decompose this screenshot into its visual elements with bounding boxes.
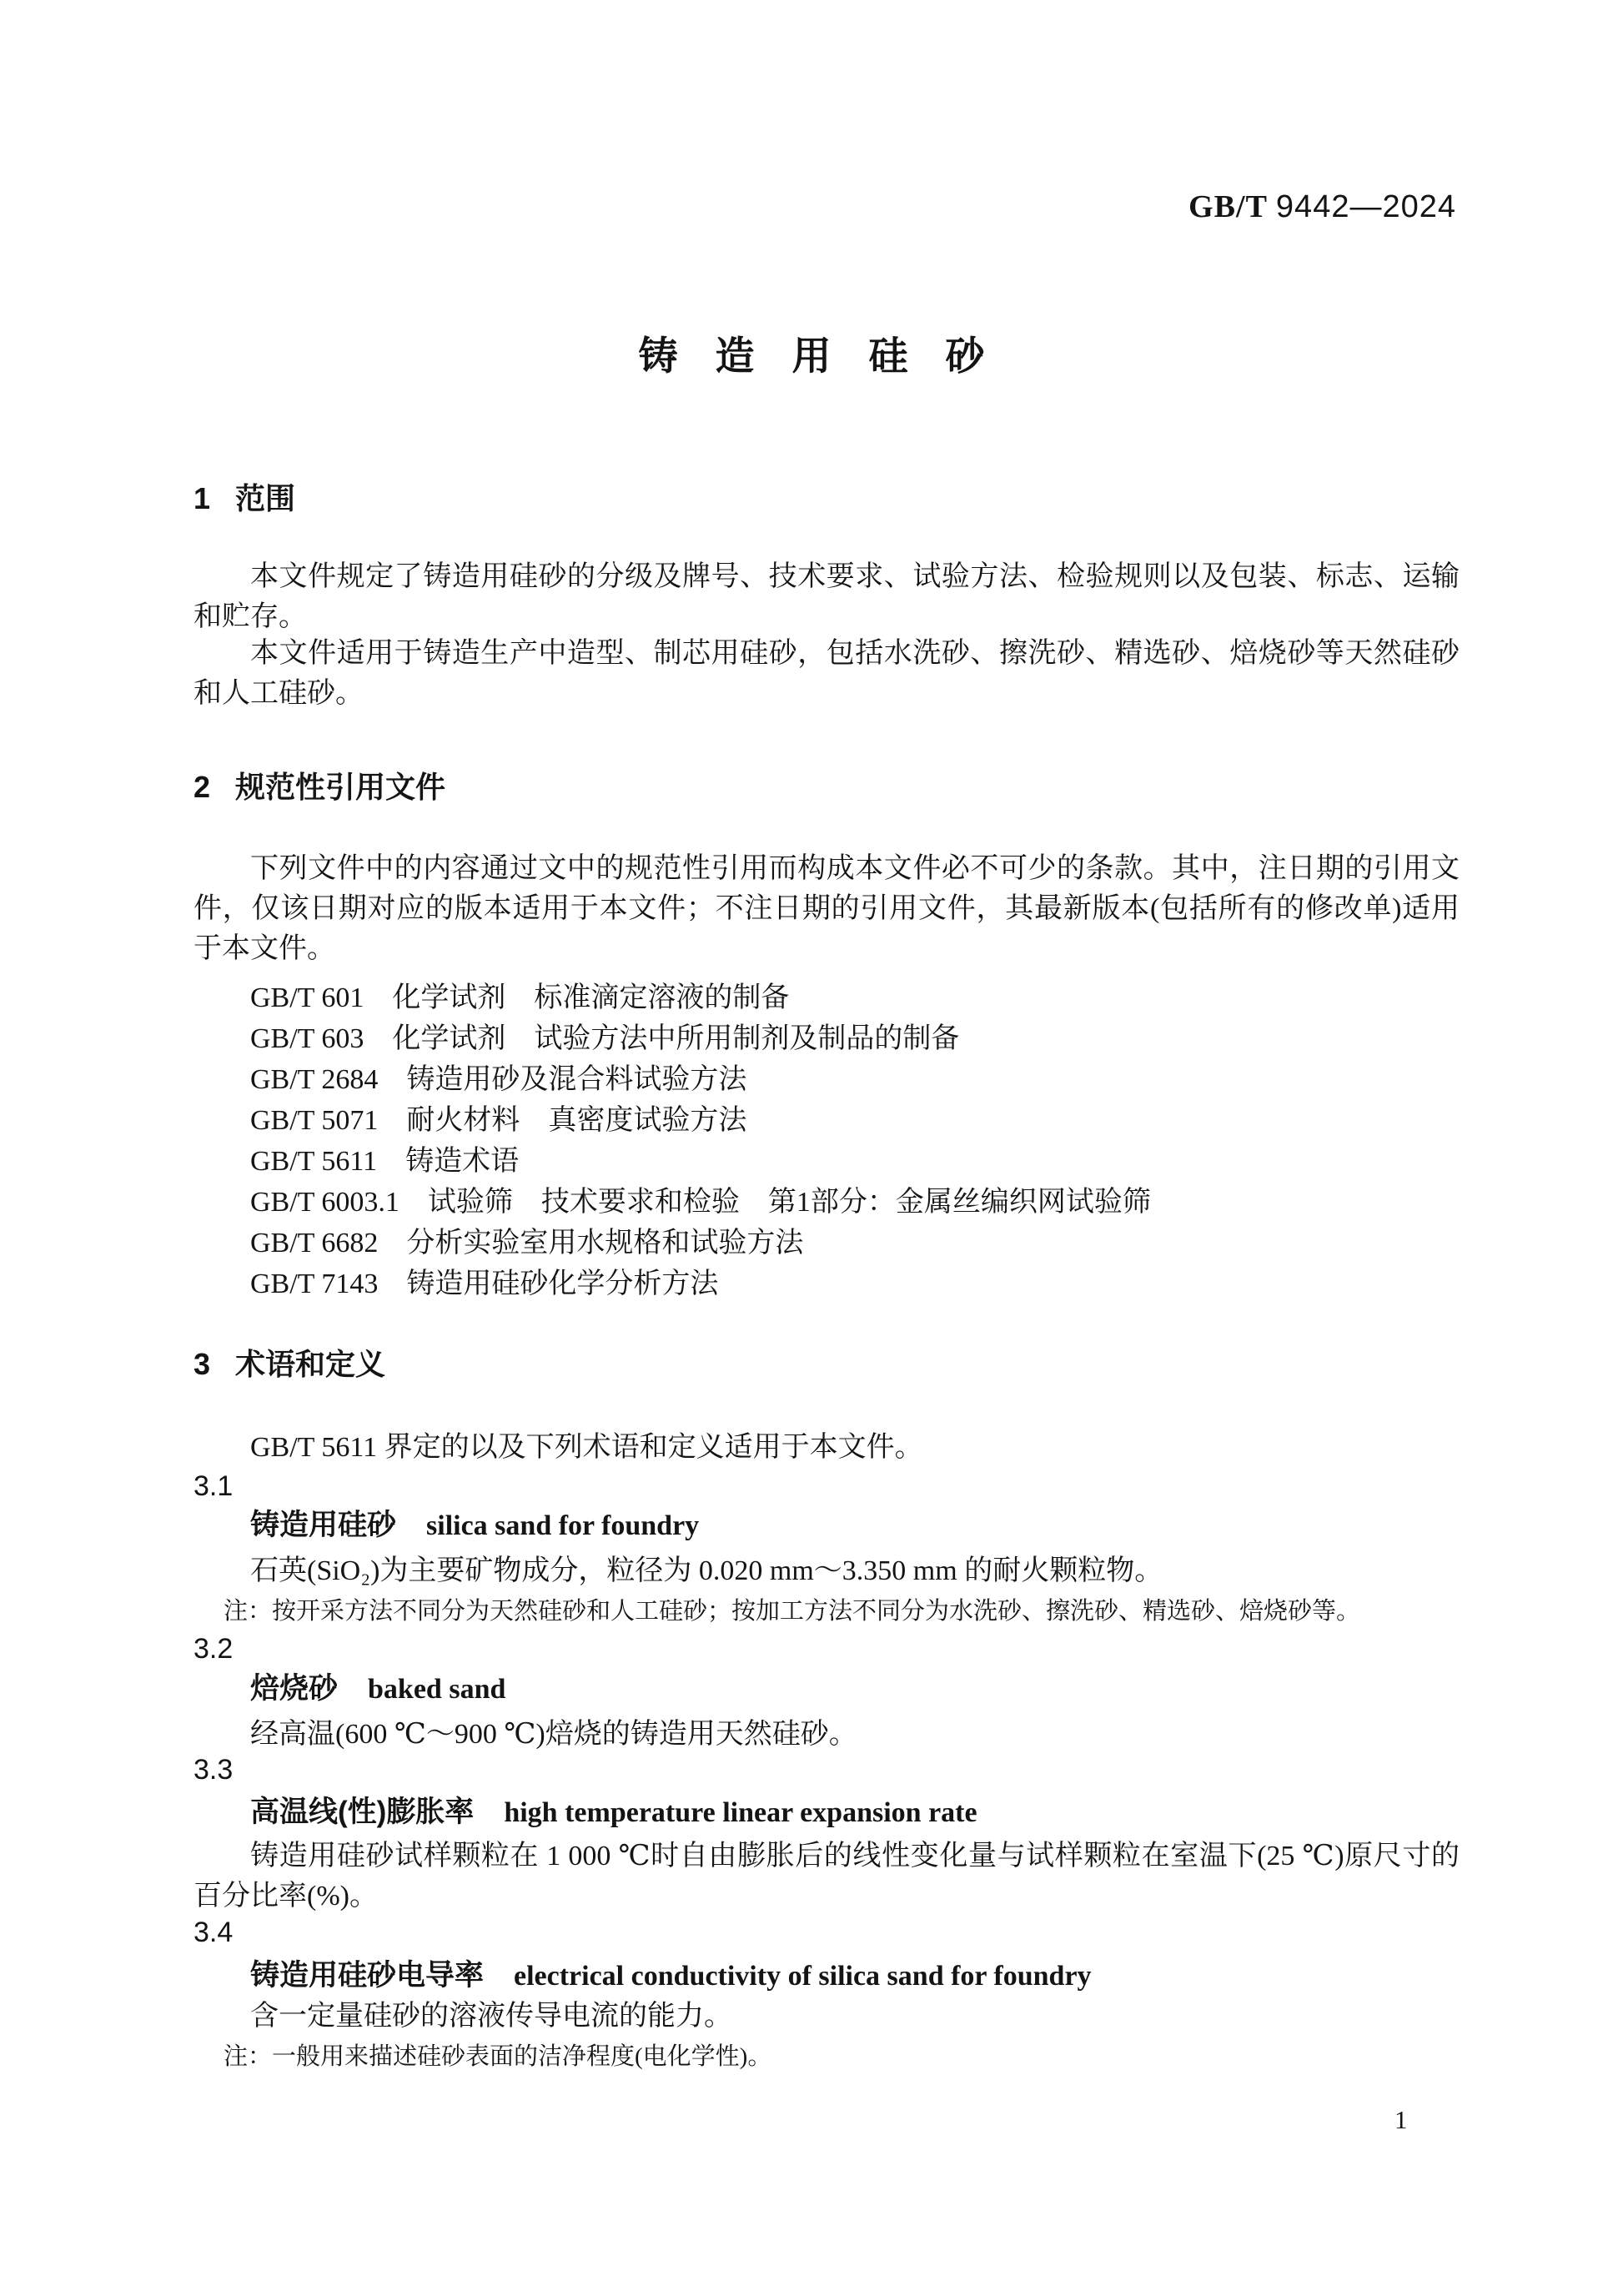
- scope-paragraph-1: 本文件规定了铸造用硅砂的分级及牌号、技术要求、试验方法、检验规则以及包装、标志、…: [193, 557, 1460, 637]
- doc-number-prefix: GB/T: [1188, 189, 1268, 224]
- reference-title: 分析实验室用水规格和试验方法: [406, 1228, 803, 1259]
- term-zh: 高温线(性)膨胀率: [250, 1796, 474, 1828]
- reference-item: GB/T 6682分析实验室用水规格和试验方法: [193, 1223, 1460, 1264]
- term-note-3-1: 注：按开采方法不同分为天然硅砂和人工硅砂；按加工方法不同分为水洗砂、擦洗砂、精选…: [193, 1595, 1490, 1628]
- term-definition-3-3: 铸造用硅砂试样颗粒在 1 000 ℃时自由膨胀后的线性变化量与试样颗粒在室温下(…: [193, 1836, 1460, 1917]
- term-definition-3-4: 含一定量硅砂的溶液传导电流的能力。: [193, 1997, 1460, 2037]
- term-en: high temperature linear expansion rate: [504, 1797, 977, 1828]
- page-number: 1: [1394, 2105, 1408, 2135]
- reference-code: GB/T 601: [250, 982, 364, 1013]
- reference-title: 试验筛 技术要求和检验 第1部分：金属丝编织网试验筛: [428, 1187, 1151, 1218]
- term-heading-3-2: 焙烧砂baked sand: [193, 1671, 1516, 1712]
- reference-code: GB/T 2684: [250, 1064, 378, 1095]
- term-heading-3-4: 铸造用硅砂电导率electrical conductivity of silic…: [193, 1958, 1516, 1999]
- reference-title: 化学试剂 标准滴定溶液的制备: [392, 982, 789, 1013]
- term-en: silica sand for foundry: [426, 1510, 699, 1541]
- term-definition-3-2: 经高温(600 ℃～900 ℃)焙烧的铸造用天然硅砂。: [193, 1715, 1460, 1755]
- section-3-title: 术语和定义: [235, 1347, 385, 1381]
- clause-number-3-1: 3.1: [193, 1470, 1460, 1503]
- term-note-3-4: 注：一般用来描述硅砂表面的洁净程度(电化学性)。: [193, 2040, 1490, 2073]
- scope-paragraph-2: 本文件适用于铸造生产中造型、制芯用硅砂，包括水洗砂、擦洗砂、精选砂、焙烧砂等天然…: [193, 634, 1460, 714]
- reference-title: 铸造用砂及混合料试验方法: [406, 1064, 746, 1095]
- reference-code: GB/T 5611: [250, 1146, 377, 1177]
- references-list: GB/T 601化学试剂 标准滴定溶液的制备 GB/T 603化学试剂 试验方法…: [193, 977, 1460, 1304]
- document-title: 铸造用硅砂: [0, 325, 1623, 381]
- term-en: electrical conductivity of silica sand f…: [514, 1961, 1092, 1992]
- reference-code: GB/T 6003.1: [250, 1187, 399, 1218]
- reference-item: GB/T 7143铸造用硅砂化学分析方法: [193, 1264, 1460, 1304]
- section-1-number: 1: [193, 481, 210, 515]
- reference-code: GB/T 5071: [250, 1105, 378, 1136]
- term-zh: 铸造用硅砂: [250, 1509, 396, 1541]
- term-zh: 焙烧砂: [250, 1672, 338, 1705]
- clause-number-3-4: 3.4: [193, 1916, 1460, 1949]
- reference-item: GB/T 6003.1试验筛 技术要求和检验 第1部分：金属丝编织网试验筛: [193, 1182, 1460, 1223]
- standard-document-page: GB/T9442—2024 铸造用硅砂 1范围 本文件规定了铸造用硅砂的分级及牌…: [0, 0, 1623, 2296]
- section-2-heading: 2规范性引用文件: [193, 769, 1460, 806]
- section-1-heading: 1范围: [193, 480, 1460, 517]
- reference-title: 化学试剂 试验方法中所用制剂及制品的制备: [392, 1023, 959, 1054]
- section-2-title: 规范性引用文件: [235, 770, 445, 804]
- terms-intro: GB/T 5611 界定的以及下列术语和定义适用于本文件。: [193, 1428, 1460, 1468]
- reference-code: GB/T 603: [250, 1023, 364, 1054]
- section-3-number: 3: [193, 1347, 210, 1381]
- term-heading-3-1: 铸造用硅砂silica sand for foundry: [193, 1508, 1516, 1549]
- reference-item: GB/T 5611铸造术语: [193, 1141, 1460, 1182]
- reference-code: GB/T 7143: [250, 1269, 378, 1299]
- reference-title: 耐火材料 真密度试验方法: [406, 1105, 746, 1136]
- references-intro: 下列文件中的内容通过文中的规范性引用而构成本文件必不可少的条款。其中，注日期的引…: [193, 849, 1460, 969]
- doc-number: GB/T9442—2024: [1188, 188, 1456, 225]
- doc-number-value: 9442—2024: [1276, 189, 1456, 224]
- clause-number-3-3: 3.3: [193, 1753, 1460, 1786]
- reference-item: GB/T 601化学试剂 标准滴定溶液的制备: [193, 977, 1460, 1018]
- clause-number-3-2: 3.2: [193, 1632, 1460, 1665]
- reference-item: GB/T 603化学试剂 试验方法中所用制剂及制品的制备: [193, 1018, 1460, 1059]
- term-en: baked sand: [368, 1674, 505, 1705]
- term-zh: 铸造用硅砂电导率: [250, 1959, 484, 1992]
- reference-title: 铸造用硅砂化学分析方法: [406, 1269, 718, 1299]
- term-heading-3-3: 高温线(性)膨胀率high temperature linear expansi…: [193, 1795, 1516, 1836]
- reference-item: GB/T 5071耐火材料 真密度试验方法: [193, 1100, 1460, 1141]
- term-definition-3-1: 石英(SiO₂)为主要矿物成分，粒径为 0.020 mm～3.350 mm 的耐…: [193, 1551, 1460, 1591]
- reference-code: GB/T 6682: [250, 1228, 378, 1259]
- reference-item: GB/T 2684铸造用砂及混合料试验方法: [193, 1059, 1460, 1100]
- section-3-heading: 3术语和定义: [193, 1346, 1460, 1383]
- section-1-title: 范围: [235, 481, 295, 515]
- section-2-number: 2: [193, 770, 210, 804]
- reference-title: 铸造术语: [405, 1146, 519, 1177]
